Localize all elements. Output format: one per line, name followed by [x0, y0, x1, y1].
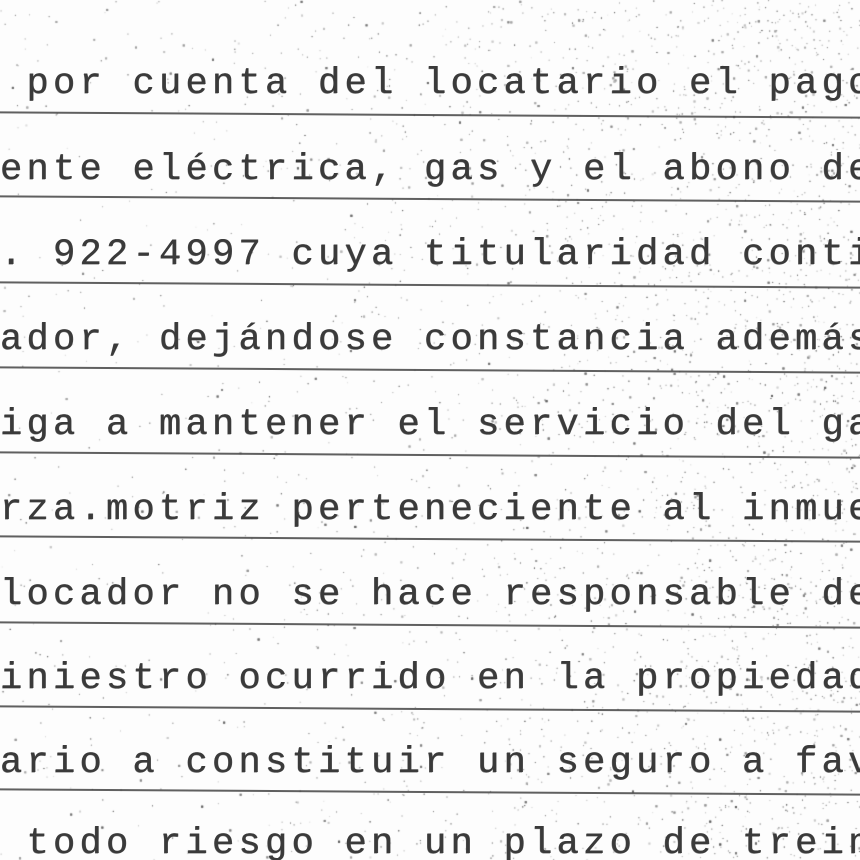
document-line-4: ador, dejándose constancia además que el	[0, 322, 860, 359]
line-underline	[0, 705, 860, 712]
document-line-3: . 922-4997 cuya titularidad continuará c	[0, 237, 860, 274]
line-underline	[0, 788, 860, 795]
document-line-10: todo riesgo en un plazo de treinta día	[0, 826, 860, 860]
document-line-6: rza.motriz perteneciente al inmueble loc	[0, 492, 860, 529]
line-underline	[0, 111, 860, 118]
document-line-8: iniestro ocurrido en la propiedad, oblig	[0, 661, 860, 698]
document-line-9: ario a constituir un seguro a favor del	[0, 745, 860, 782]
document-line-2: ente eléctrica, gas y el abono del apara	[0, 152, 860, 189]
document-line-7: locador no se hace responsable de cualqu	[0, 577, 860, 614]
line-underline	[0, 366, 860, 373]
line-underline	[0, 535, 860, 542]
line-underline	[0, 451, 860, 458]
line-underline	[0, 195, 860, 202]
document-line-1: por cuenta del locatario el pago del con	[0, 66, 860, 103]
line-underline	[0, 621, 860, 628]
line-underline	[0, 281, 860, 288]
document-page: por cuenta del locatario el pago del con…	[0, 0, 860, 860]
document-line-5: iga a mantener el servicio del gas indus	[0, 407, 860, 444]
